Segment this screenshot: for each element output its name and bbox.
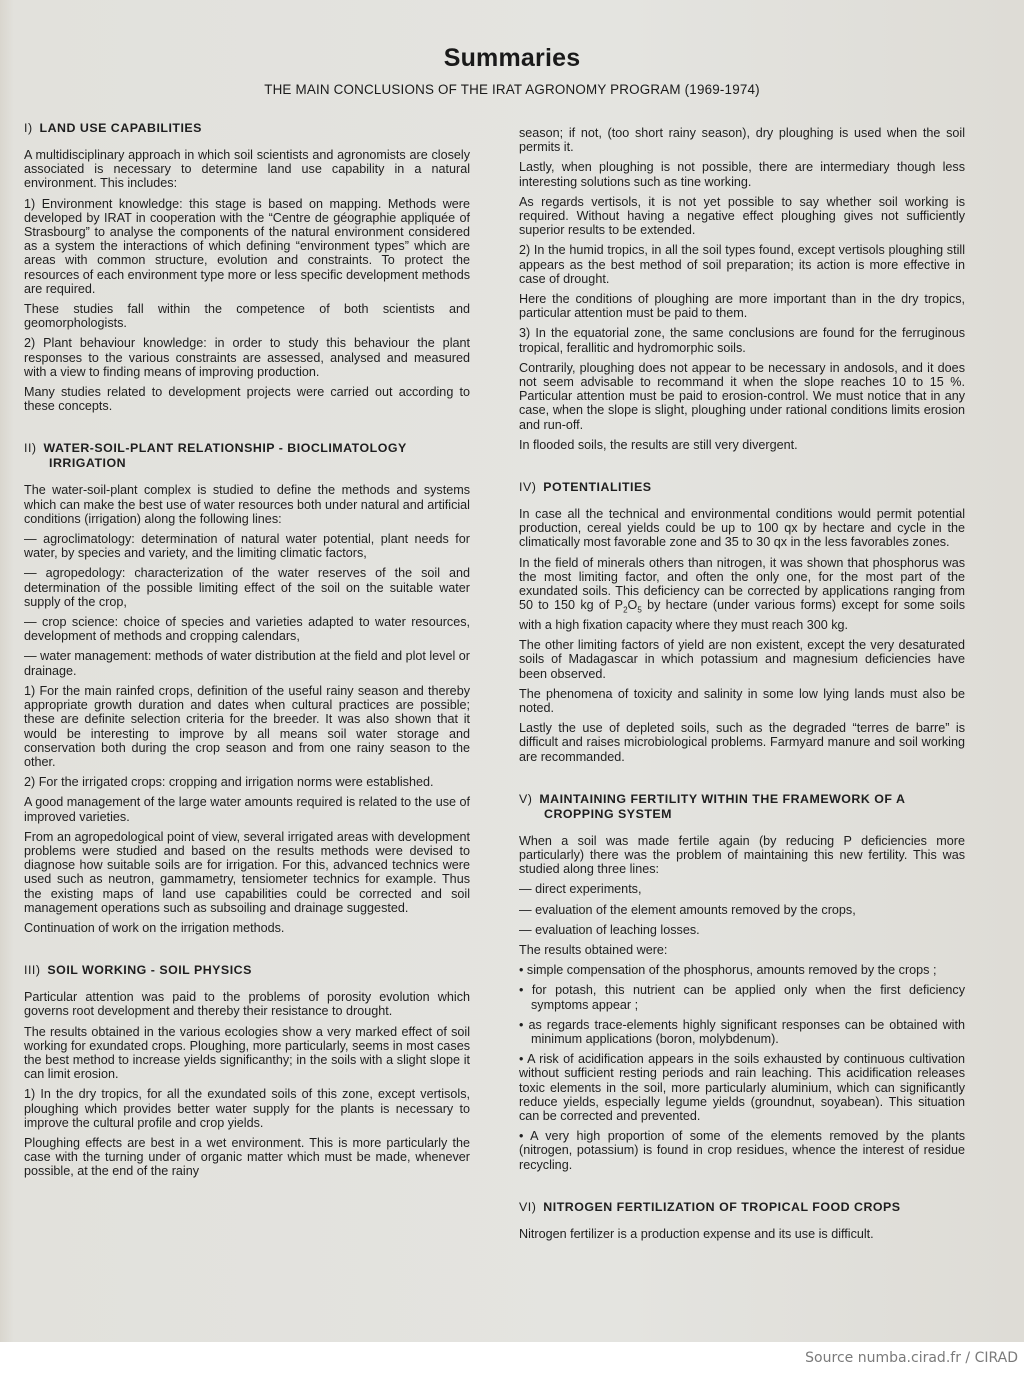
paragraph: Particular attention was paid to the pro… xyxy=(24,990,470,1018)
source-credit: Source numba.cirad.fr / CIRAD xyxy=(805,1350,1018,1366)
paragraph: season; if not, (too short rainy season)… xyxy=(519,126,965,154)
page-subtitle: THE MAIN CONCLUSIONS OF THE IRAT AGRONOM… xyxy=(0,82,1024,97)
paragraph: 1) For the main rainfed crops, definitio… xyxy=(24,684,470,769)
paragraph: 3) In the equatorial zone, the same conc… xyxy=(519,326,965,354)
paragraph: Ploughing effects are best in a wet envi… xyxy=(24,1136,470,1179)
paragraph: Lastly, when ploughing is not possible, … xyxy=(519,160,965,188)
paragraph: The phenomena of toxicity and salinity i… xyxy=(519,687,965,715)
paragraph: In case all the technical and environmen… xyxy=(519,507,965,550)
scanned-page: Summaries THE MAIN CONCLUSIONS OF THE IR… xyxy=(0,0,1024,1342)
paragraph: These studies fall within the competence… xyxy=(24,302,470,330)
list-item: A risk of acidification appears in the s… xyxy=(519,1052,965,1123)
page-title: Summaries xyxy=(0,44,1024,73)
list-item: A very high proportion of some of the el… xyxy=(519,1129,965,1172)
section-heading-soil-working: III) SOIL WORKING - SOIL PHYSICS xyxy=(24,963,470,978)
paragraph: Here the conditions of ploughing are mor… xyxy=(519,292,965,320)
paragraph: In flooded soils, the results are still … xyxy=(519,438,965,452)
paragraph: The water-soil-plant complex is studied … xyxy=(24,483,470,526)
paragraph: 2) Plant behaviour knowledge: in order t… xyxy=(24,336,470,379)
section-heading-land-use: I) LAND USE CAPABILITIES xyxy=(24,121,470,136)
section-heading-nitrogen: VI) NITROGEN FERTILIZATION OF TROPICAL F… xyxy=(519,1200,965,1215)
paragraph: A good management of the large water amo… xyxy=(24,795,470,823)
list-item: agropedology: characterization of the wa… xyxy=(24,566,470,609)
paragraph: Many studies related to development proj… xyxy=(24,385,470,413)
paragraph: A multidisciplinary approach in which so… xyxy=(24,148,470,191)
paragraph: When a soil was made fertile again (by r… xyxy=(519,834,965,877)
list-item: evaluation of leaching losses. xyxy=(519,923,965,937)
list-item: as regards trace-elements highly signifi… xyxy=(519,1018,965,1046)
section-heading-water-soil-plant: II) WATER-SOIL-PLANT RELATIONSHIP - BIOC… xyxy=(24,441,470,471)
list-item: evaluation of the element amounts remove… xyxy=(519,903,965,917)
paragraph: The results obtained in the various ecol… xyxy=(24,1025,470,1082)
list-item: direct experiments, xyxy=(519,882,965,896)
section-heading-maintaining-fertility: V) MAINTAINING FERTILITY WITHIN THE FRAM… xyxy=(519,792,965,822)
paragraph: 1) Environment knowledge: this stage is … xyxy=(24,197,470,296)
paragraph: Lastly the use of depleted soils, such a… xyxy=(519,721,965,764)
paragraph: 1) In the dry tropics, for all the exund… xyxy=(24,1087,470,1130)
paragraph: The results obtained were: xyxy=(519,943,965,957)
list-item: water management: methods of water distr… xyxy=(24,649,470,677)
list-item: crop science: choice of species and vari… xyxy=(24,615,470,643)
section-heading-potentialities: IV) POTENTIALITIES xyxy=(519,480,965,495)
paragraph: From an agropedological point of view, s… xyxy=(24,830,470,915)
list-item: agroclimatology: determination of natura… xyxy=(24,532,470,560)
paragraph: Continuation of work on the irrigation m… xyxy=(24,921,470,935)
list-item: for potash, this nutrient can be applied… xyxy=(519,983,965,1011)
paragraph: 2) In the humid tropics, in all the soil… xyxy=(519,243,965,286)
paragraph: As regards vertisols, it is not yet poss… xyxy=(519,195,965,238)
paragraph: The other limiting factors of yield are … xyxy=(519,638,965,681)
paragraph: Contrarily, ploughing does not appear to… xyxy=(519,361,965,432)
paragraph: In the field of minerals others than nit… xyxy=(519,556,965,633)
paragraph: Nitrogen fertilizer is a production expe… xyxy=(519,1227,965,1241)
left-column: I) LAND USE CAPABILITIES A multidiscipli… xyxy=(24,121,470,1185)
list-item: simple compensation of the phosphorus, a… xyxy=(519,963,965,977)
right-column: season; if not, (too short rainy season)… xyxy=(519,126,965,1247)
paragraph: 2) For the irrigated crops: cropping and… xyxy=(24,775,470,789)
